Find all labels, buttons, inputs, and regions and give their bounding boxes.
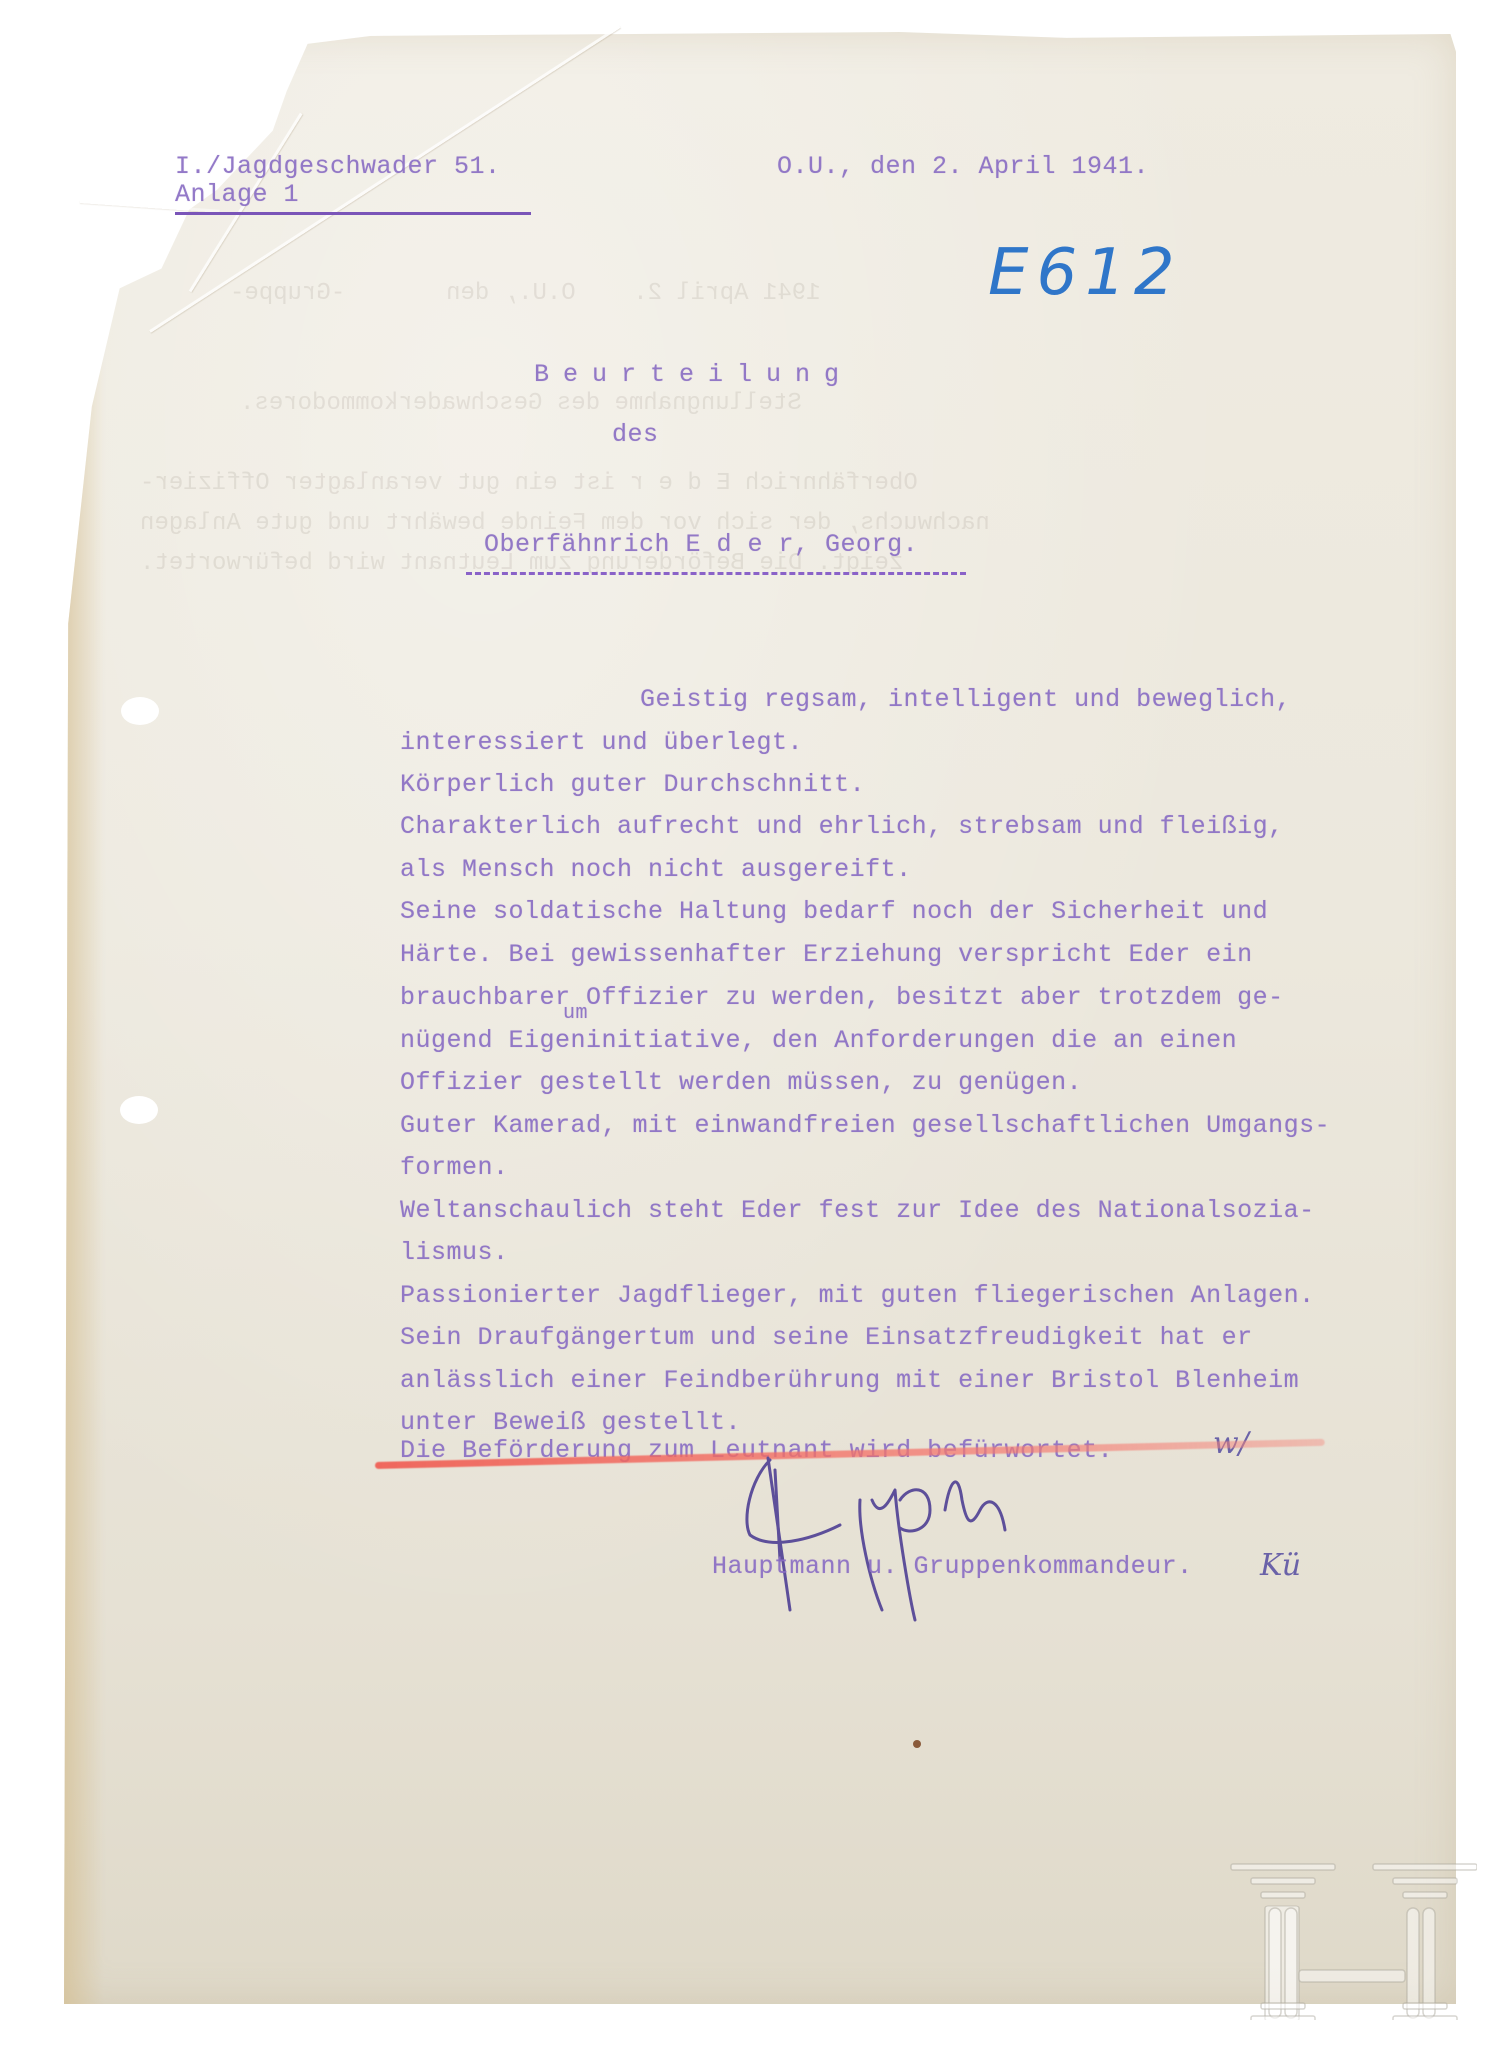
paper-stain <box>64 32 104 2004</box>
bleed-through-text: 1941 April 2. O.U., den -Gruppe- <box>230 280 821 307</box>
header-underline <box>175 212 531 215</box>
document-paper <box>64 32 1456 2004</box>
body-line: Charakterlich aufrecht und ehrlich, stre… <box>400 812 1284 841</box>
place-date: O.U., den 2. April 1941. <box>777 152 1149 181</box>
body-line: Härte. Bei gewissenhafter Erziehung vers… <box>400 940 1253 969</box>
body-line: Guter Kamerad, mit einwandfreien gesells… <box>400 1111 1330 1140</box>
subject-name: Oberfähnrich E d e r, Georg. <box>484 530 918 559</box>
body-line: Körperlich guter Durchschnitt. <box>400 770 865 799</box>
body-line: formen. <box>400 1153 509 1182</box>
column-h-logo-icon <box>1215 1780 1477 2020</box>
body-line: Seine soldatische Haltung bedarf noch de… <box>400 897 1268 926</box>
document-title: Beurteilung <box>534 360 853 389</box>
body-line: lismus. <box>400 1238 509 1267</box>
unit-header: I./Jagdgeschwader 51. <box>175 152 501 181</box>
subject-name-underline <box>466 572 966 575</box>
handwritten-signature <box>730 1440 1150 1640</box>
document-title-sub: des <box>612 420 659 449</box>
archive-mark: E612 <box>988 236 1183 310</box>
body-line: Sein Draufgängertum und seine Einsatzfre… <box>400 1323 1253 1352</box>
body-line: nügend Eigeninitiative, den Anforderunge… <box>400 1026 1237 1055</box>
paper-spot <box>913 1740 921 1748</box>
body-line: Weltanschaulich steht Eder fest zur Idee… <box>400 1196 1315 1225</box>
bleed-through-text: Oberfähnrich E d e r ist ein gut veranla… <box>140 470 918 497</box>
punch-hole <box>120 1096 158 1124</box>
punch-hole <box>121 697 159 725</box>
body-line: brauchbarer Offizier zu werden, besitzt … <box>400 983 1284 1012</box>
body-line: interessiert und überlegt. <box>400 728 803 757</box>
body-line: anlässlich einer Feindberührung mit eine… <box>400 1366 1299 1395</box>
body-line: Offizier gestellt werden müssen, zu genü… <box>400 1068 1082 1097</box>
body-line: Passionierter Jagdflieger, mit guten fli… <box>400 1281 1315 1310</box>
enclosure-label: Anlage 1 <box>175 180 299 209</box>
body-line: unter Beweiß gestellt. <box>400 1408 741 1437</box>
signature-title: Hauptmann u. Gruppenkommandeur. <box>712 1552 1193 1581</box>
handwritten-initials: Kü <box>1260 1548 1301 1583</box>
body-line: Geistig regsam, intelligent und beweglic… <box>640 685 1291 714</box>
insertion-note: um <box>563 1002 588 1025</box>
body-line: als Mensch noch nicht ausgereift. <box>400 855 912 884</box>
bleed-through-text: Stellungnahme des Geschwaderkommodores. <box>240 390 802 417</box>
